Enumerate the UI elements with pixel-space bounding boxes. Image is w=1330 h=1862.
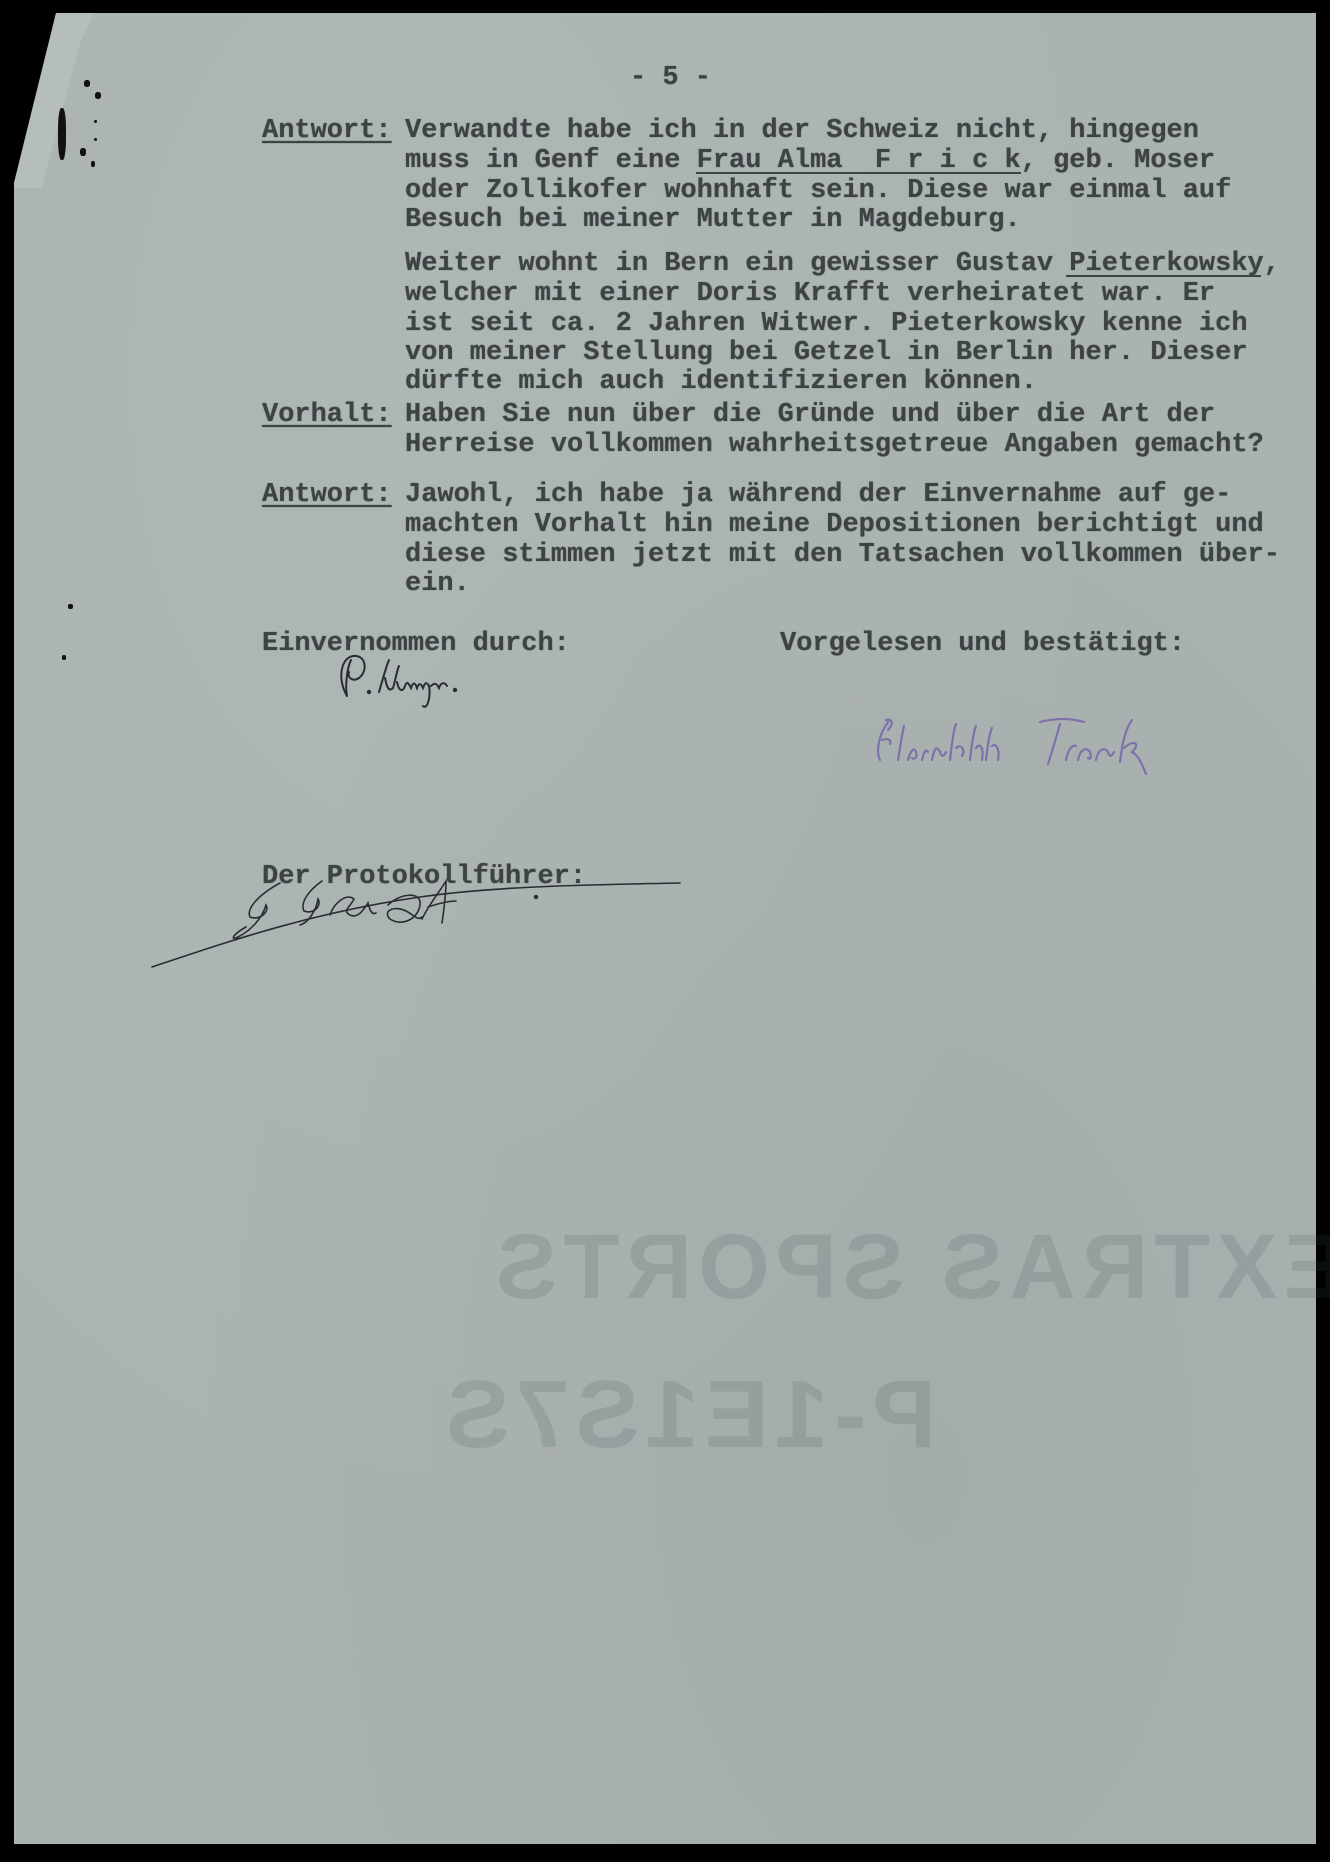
bleed-through-line2: P-1E1S7S xyxy=(440,1360,936,1470)
question-label: Vorhalt: xyxy=(262,401,392,431)
answer-line: Besuch bei meiner Mutter in Magdeburg. xyxy=(405,206,1021,236)
answer-label: Antwort: xyxy=(262,481,392,511)
read-confirmed-label: Vorgelesen und bestätigt: xyxy=(780,630,1185,660)
page-number: - 5 - xyxy=(630,64,711,94)
staple-mark xyxy=(58,108,66,160)
staple-hole xyxy=(80,148,86,156)
interviewer-signature xyxy=(335,648,555,728)
answer-label: Antwort: xyxy=(262,117,392,147)
paragraph-line: von meiner Stellung bei Getzel in Berlin… xyxy=(405,339,1248,369)
answer-line: machten Vorhalt hin meine Depositionen b… xyxy=(405,511,1264,541)
staple-hole xyxy=(94,138,97,141)
staple-hole xyxy=(94,120,97,123)
name-underline xyxy=(696,172,1021,174)
edge-mark xyxy=(62,655,66,660)
answer-line: ein. xyxy=(405,570,470,600)
staple-hole xyxy=(91,161,95,167)
question-line: Herreise vollkommen wahrheitsgetreue Ang… xyxy=(405,431,1264,461)
paragraph-line: dürfte mich auch identifizieren können. xyxy=(405,368,1037,398)
answer-line: oder Zollikofer wohnhaft sein. Diese war… xyxy=(405,177,1231,207)
answer-line: diese stimmen jetzt mit den Tatsachen vo… xyxy=(405,541,1280,571)
question-line: Haben Sie nun über die Gründe und über d… xyxy=(405,401,1215,431)
bleed-through-line1: EXTRAS SPORTS xyxy=(490,1215,1330,1320)
answer-line: Verwandte habe ich in der Schweiz nicht,… xyxy=(405,117,1199,147)
answer-line: Jawohl, ich habe ja während der Einverna… xyxy=(405,481,1231,511)
paragraph-line: ist seit ca. 2 Jahren Witwer. Pieterkows… xyxy=(405,310,1248,340)
clerk-signature xyxy=(150,875,690,975)
paragraph-line: welcher mit einer Doris Krafft verheirat… xyxy=(405,280,1215,310)
staple-hole xyxy=(95,92,101,99)
edge-mark xyxy=(68,604,73,609)
staple-hole xyxy=(84,80,90,87)
name-underline xyxy=(1066,275,1261,277)
witness-signature xyxy=(870,712,1210,782)
